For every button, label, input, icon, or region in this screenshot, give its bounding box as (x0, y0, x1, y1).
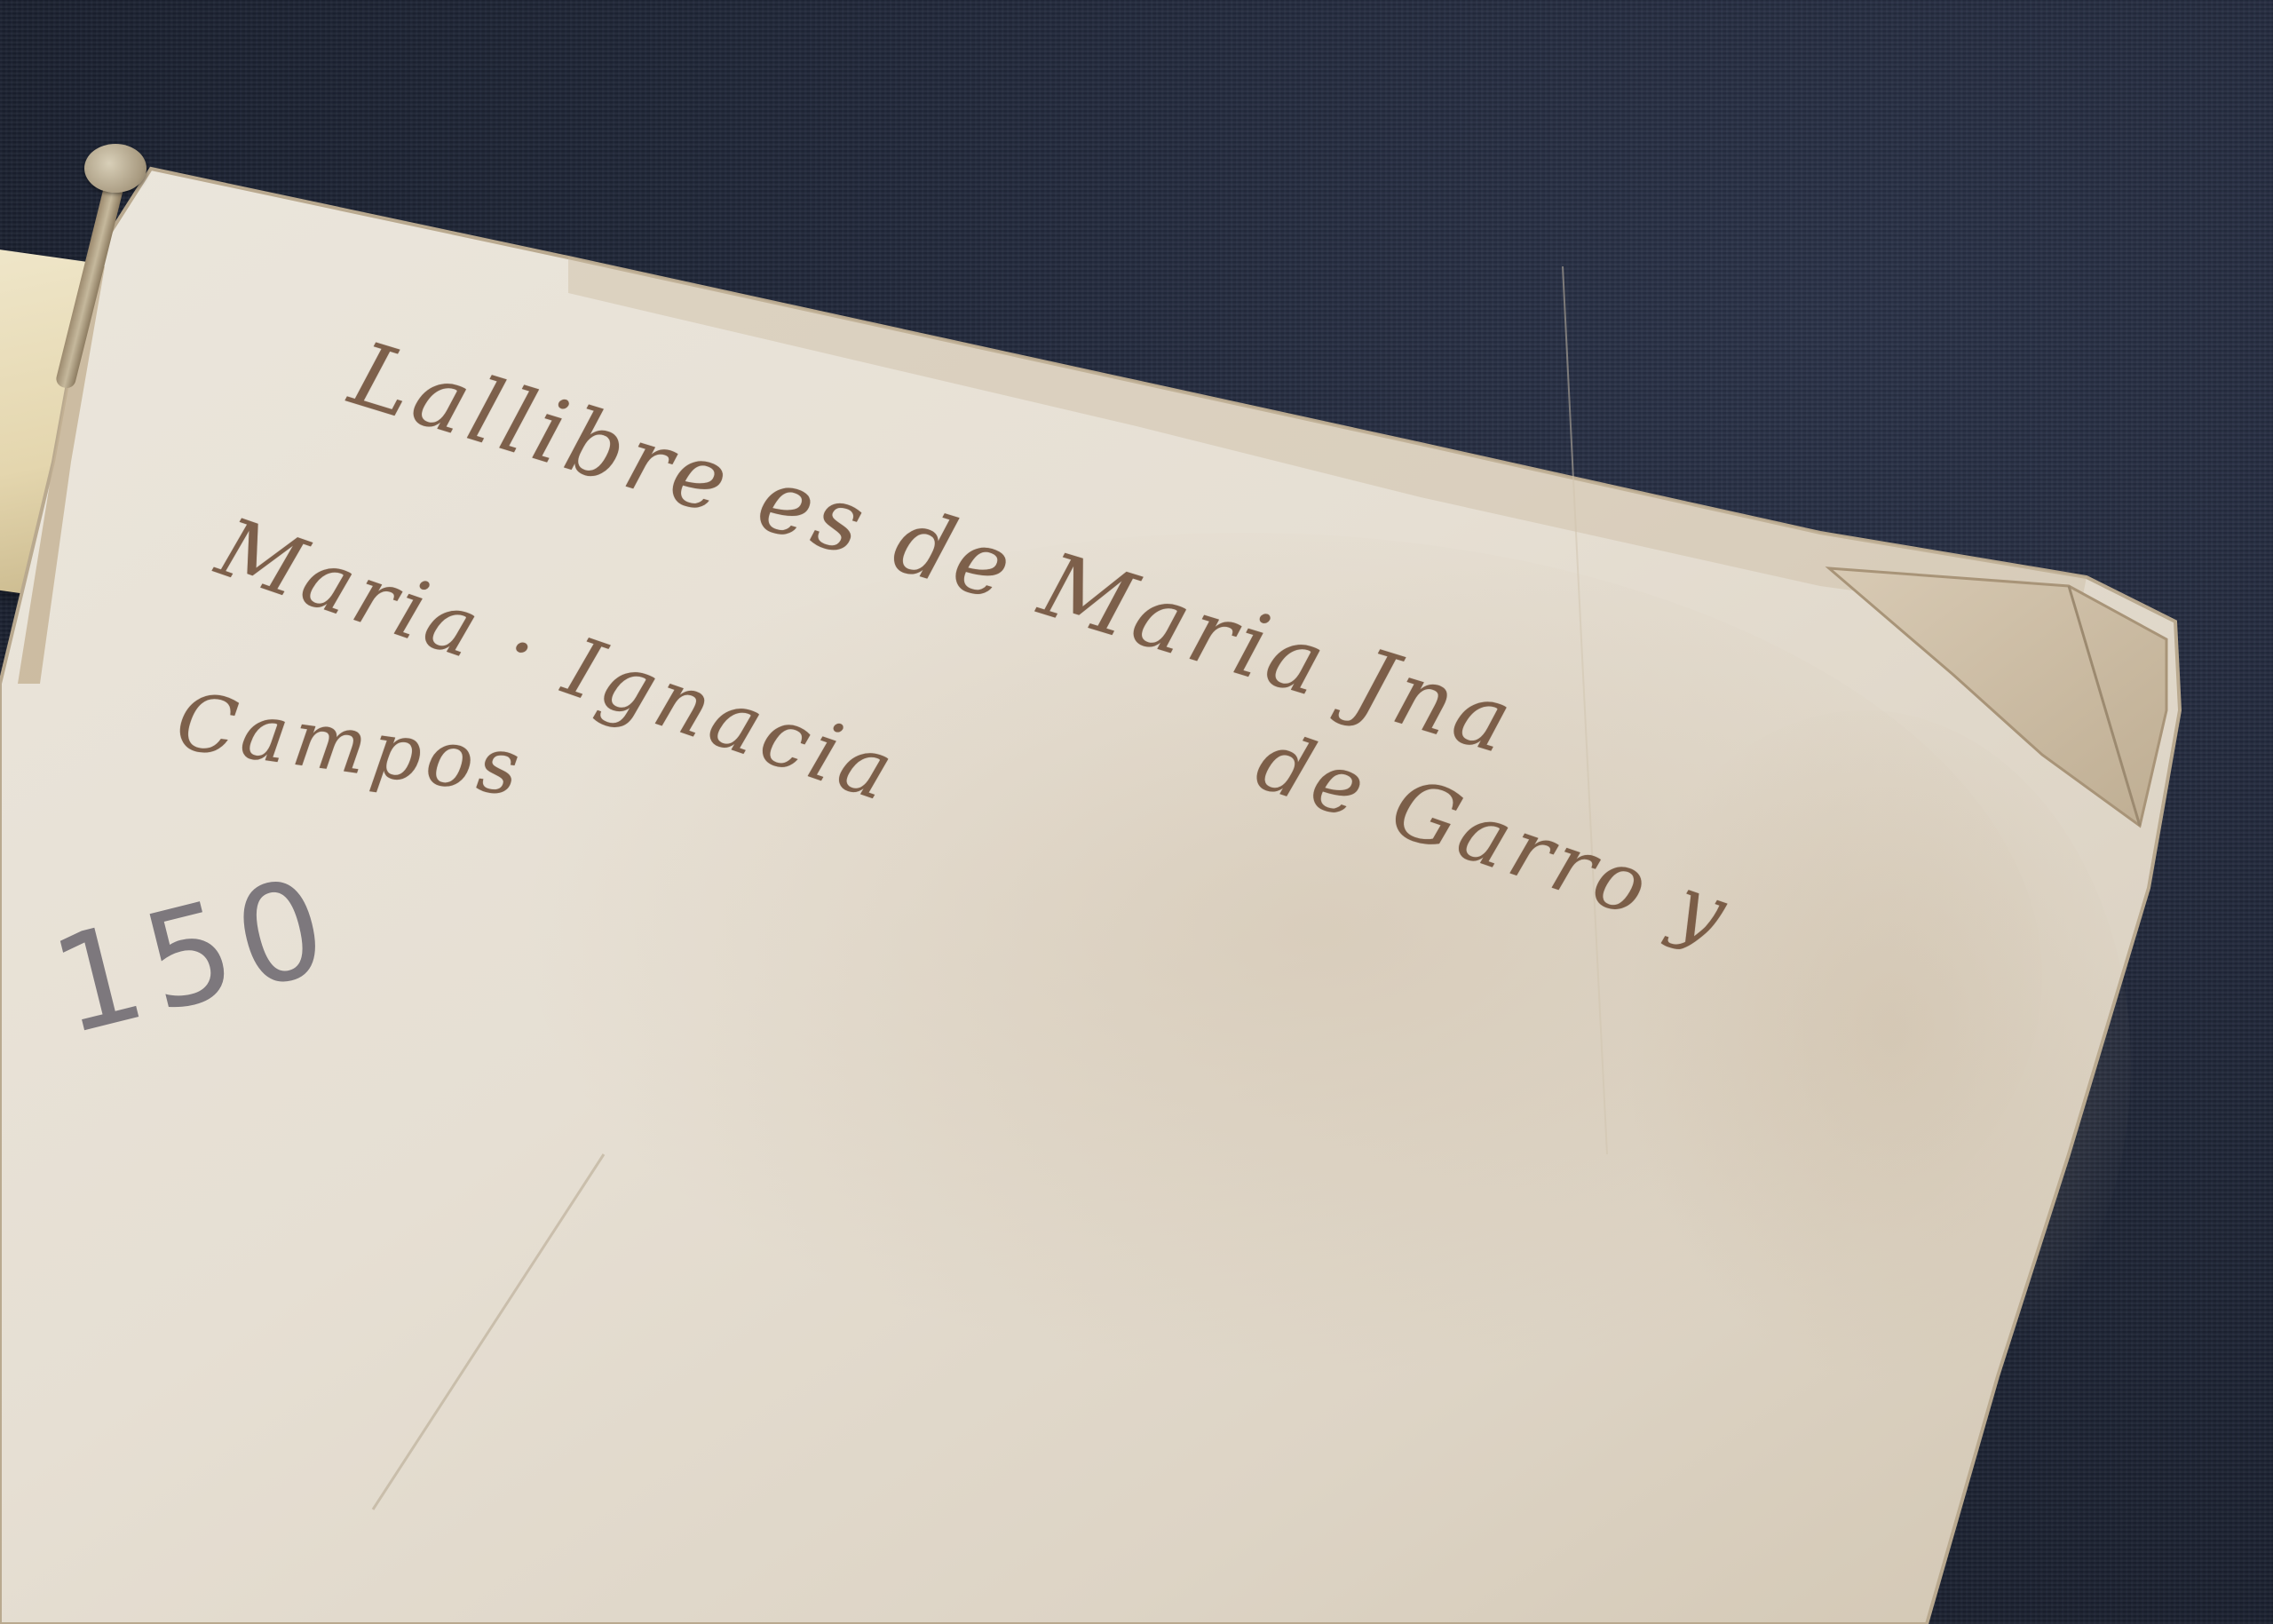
paper-sheet (0, 0, 2273, 1624)
binding-knot (84, 144, 147, 193)
paper-sheet-shape (0, 0, 2273, 1624)
